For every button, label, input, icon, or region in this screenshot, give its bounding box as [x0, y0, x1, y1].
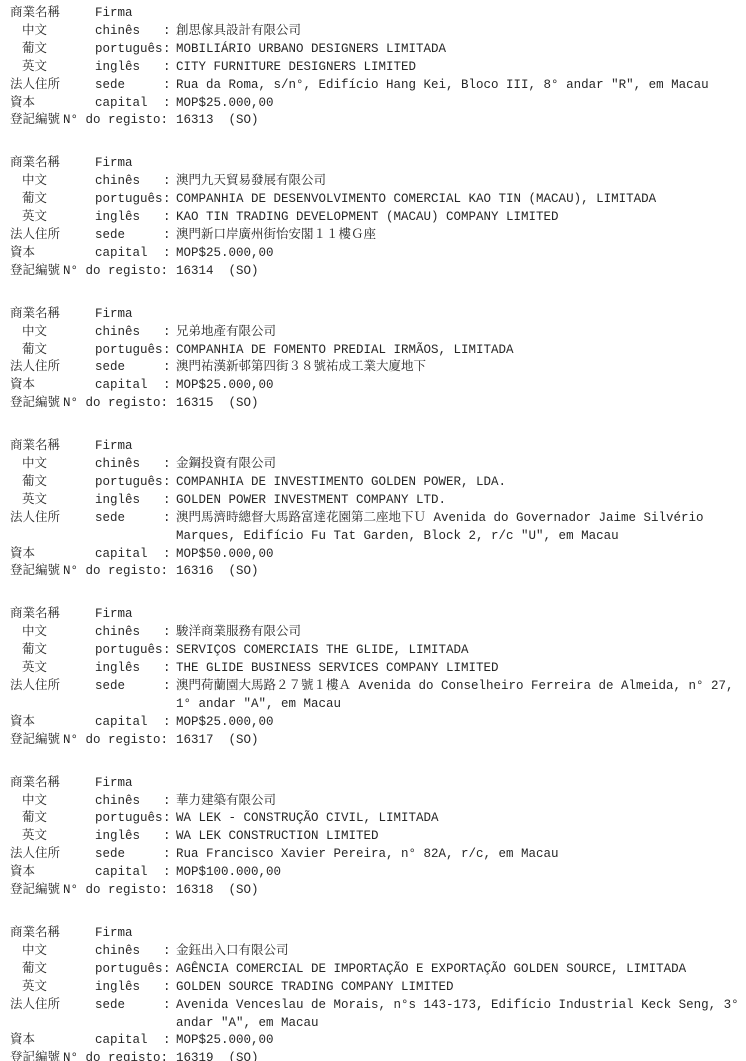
capital-label-cn: 資本: [10, 245, 95, 263]
registry-entry: 商業名稱 Firma 中文 chinês : 創思傢具設計有限公司 葡文 por…: [10, 5, 746, 130]
english-label-pt: inglês: [95, 979, 163, 997]
company-name-english: WA LEK CONSTRUCTION LIMITED: [176, 829, 379, 843]
address-line: Rua da Roma, s/n°, Edifício Hang Kei, Bl…: [176, 77, 746, 95]
portuguese-name-value-cell: : WA LEK - CONSTRUÇÃO CIVIL, LIMITADA: [163, 810, 746, 828]
firma-label-chinese: 商業名稱: [10, 925, 95, 943]
colon-separator: :: [163, 979, 171, 997]
english-label-cn: 英文: [10, 828, 95, 846]
colon-separator: :: [163, 23, 171, 41]
capital-amount: MOP$25.000,00: [176, 96, 274, 110]
portuguese-label-cn: 葡文: [10, 642, 95, 660]
registo-label-pt: N° do registo:: [63, 732, 169, 750]
portuguese-name-value-cell: : COMPANHIA DE DESENVOLVIMENTO COMERCIAL…: [163, 191, 746, 209]
registo-label-cn: 登記編號: [10, 732, 63, 750]
capital-row: 資本 capital : MOP$25.000,00: [10, 1032, 746, 1050]
company-name-portuguese: COMPANHIA DE FOMENTO PREDIAL IRMÃOS, LIM…: [176, 343, 514, 357]
company-name-english: THE GLIDE BUSINESS SERVICES COMPANY LIMI…: [176, 661, 499, 675]
capital-label-pt: capital: [95, 864, 163, 882]
company-name-header-row: 商業名稱 Firma: [10, 155, 746, 173]
colon-separator: :: [163, 209, 171, 227]
colon-separator: :: [163, 997, 171, 1015]
colon-separator: :: [163, 191, 171, 209]
colon-separator: :: [163, 660, 171, 678]
portuguese-name-row: 葡文 português : AGÊNCIA COMERCIAL DE IMPO…: [10, 961, 746, 979]
chinese-label-pt: chinês: [95, 173, 163, 191]
capital-row: 資本 capital : MOP$25.000,00: [10, 377, 746, 395]
portuguese-label-pt: português: [95, 474, 163, 492]
firma-label-portuguese: Firma: [95, 155, 163, 173]
sede-label-cn: 法人住所: [10, 846, 95, 864]
company-name-portuguese: COMPANHIA DE INVESTIMENTO GOLDEN POWER, …: [176, 475, 506, 489]
registo-suffix: (SO): [229, 1050, 259, 1061]
chinese-name-row: 中文 chinês : 駿洋商業服務有限公司: [10, 624, 746, 642]
registo-number: 16316: [176, 563, 214, 581]
english-label-cn: 英文: [10, 660, 95, 678]
capital-label-cn: 資本: [10, 95, 95, 113]
registered-address-cell: : 澳門馬濟時總督大馬路富達花園第二座地下Ｕ Avenida do Govern…: [163, 510, 746, 546]
english-label-pt: inglês: [95, 59, 163, 77]
colon-separator: :: [163, 828, 171, 846]
capital-label-pt: capital: [95, 546, 163, 564]
english-name-row: 英文 inglês : GOLDEN POWER INVESTMENT COMP…: [10, 492, 746, 510]
sede-label-cn: 法人住所: [10, 510, 95, 528]
registo-suffix: (SO): [229, 395, 259, 413]
sede-label-pt: sede: [95, 997, 163, 1015]
capital-value-cell: : MOP$25.000,00: [163, 95, 746, 113]
company-name-chinese: 駿洋商業服務有限公司: [176, 625, 301, 639]
portuguese-label-cn: 葡文: [10, 810, 95, 828]
chinese-name-row: 中文 chinês : 金鋼投資有限公司: [10, 456, 746, 474]
registo-suffix: (SO): [229, 882, 259, 900]
registo-number: 16317: [176, 732, 214, 750]
address-line: andar "A", em Macau: [176, 1015, 746, 1033]
colon-separator: :: [163, 342, 171, 360]
company-name-header-row: 商業名稱 Firma: [10, 606, 746, 624]
portuguese-name-row: 葡文 português : SERVIÇOS COMERCIAIS THE G…: [10, 642, 746, 660]
company-name-portuguese: WA LEK - CONSTRUÇÃO CIVIL, LIMITADA: [176, 811, 439, 825]
registo-label-cn: 登記編號: [10, 263, 63, 281]
colon-separator: :: [163, 961, 171, 979]
sede-row: 法人住所 sede : Avenida Venceslau de Morais,…: [10, 997, 746, 1033]
registered-address-cell: : 澳門新口岸廣州街怡安閣１１樓Ｇ座: [163, 227, 746, 245]
capital-value-cell: : MOP$25.000,00: [163, 1032, 746, 1050]
sede-label-pt: sede: [95, 678, 163, 696]
registo-row: 登記編號 N° do registo: 16313 (SO): [10, 112, 746, 130]
company-name-portuguese: MOBILIÁRIO URBANO DESIGNERS LIMITADA: [176, 42, 446, 56]
portuguese-label-pt: português: [95, 961, 163, 979]
registo-suffix: (SO): [229, 112, 259, 130]
capital-label-cn: 資本: [10, 714, 95, 732]
colon-separator: :: [163, 943, 171, 961]
sede-row: 法人住所 sede : 澳門祐漢新邨第四街３８號祐成工業大廈地下: [10, 359, 746, 377]
capital-amount: MOP$25.000,00: [176, 715, 274, 729]
chinese-label-cn: 中文: [10, 624, 95, 642]
registered-address-cell: : Rua da Roma, s/n°, Edifício Hang Kei, …: [163, 77, 746, 95]
portuguese-label-pt: português: [95, 191, 163, 209]
capital-label-pt: capital: [95, 245, 163, 263]
capital-row: 資本 capital : MOP$50.000,00: [10, 546, 746, 564]
capital-amount: MOP$25.000,00: [176, 246, 274, 260]
capital-amount: MOP$25.000,00: [176, 1033, 274, 1047]
capital-label-cn: 資本: [10, 546, 95, 564]
english-label-cn: 英文: [10, 209, 95, 227]
chinese-name-value-cell: : 兄弟地產有限公司: [163, 324, 746, 342]
colon-separator: :: [163, 714, 171, 732]
registry-entry: 商業名稱 Firma 中文 chinês : 金鋼投資有限公司 葡文 portu…: [10, 438, 746, 581]
english-label-cn: 英文: [10, 979, 95, 997]
firma-label-portuguese: Firma: [95, 5, 163, 23]
colon-separator: :: [163, 624, 171, 642]
english-name-value-cell: : GOLDEN SOURCE TRADING COMPANY LIMITED: [163, 979, 746, 997]
chinese-name-row: 中文 chinês : 澳門九天貿易發展有限公司: [10, 173, 746, 191]
capital-label-cn: 資本: [10, 864, 95, 882]
sede-label-pt: sede: [95, 359, 163, 377]
firma-label-chinese: 商業名稱: [10, 306, 95, 324]
company-name-chinese: 華力建築有限公司: [176, 794, 276, 808]
english-name-value-cell: : GOLDEN POWER INVESTMENT COMPANY LTD.: [163, 492, 746, 510]
chinese-name-value-cell: : 創思傢具設計有限公司: [163, 23, 746, 41]
colon-separator: :: [163, 245, 171, 263]
capital-label-cn: 資本: [10, 377, 95, 395]
registo-number: 16319: [176, 1050, 214, 1061]
english-label-pt: inglês: [95, 209, 163, 227]
capital-row: 資本 capital : MOP$25.000,00: [10, 95, 746, 113]
portuguese-name-value-cell: : SERVIÇOS COMERCIAIS THE GLIDE, LIMITAD…: [163, 642, 746, 660]
registo-suffix: (SO): [229, 732, 259, 750]
sede-label-pt: sede: [95, 510, 163, 528]
registered-address: 澳門荷蘭園大馬路２７號１樓Ａ Avenida do Conselheiro Fe…: [176, 678, 746, 714]
company-name-header-row: 商業名稱 Firma: [10, 5, 746, 23]
chinese-label-pt: chinês: [95, 23, 163, 41]
portuguese-name-value-cell: : COMPANHIA DE FOMENTO PREDIAL IRMÃOS, L…: [163, 342, 746, 360]
registered-address-cell: : Avenida Venceslau de Morais, n°s 143-1…: [163, 997, 746, 1033]
colon-separator: :: [163, 1032, 171, 1050]
company-name-header-row: 商業名稱 Firma: [10, 925, 746, 943]
address-line: 1° andar "A", em Macau: [176, 696, 746, 714]
registo-number: 16315: [176, 395, 214, 413]
english-label-cn: 英文: [10, 492, 95, 510]
company-name-chinese: 金鋼投資有限公司: [176, 457, 276, 471]
chinese-label-cn: 中文: [10, 943, 95, 961]
company-name-english: GOLDEN SOURCE TRADING COMPANY LIMITED: [176, 980, 454, 994]
registo-row: 登記編號 N° do registo: 16316 (SO): [10, 563, 746, 581]
company-name-chinese: 金鈺出入口有限公司: [176, 944, 289, 958]
english-name-value-cell: : WA LEK CONSTRUCTION LIMITED: [163, 828, 746, 846]
registo-number: 16318: [176, 882, 214, 900]
english-name-value-cell: : THE GLIDE BUSINESS SERVICES COMPANY LI…: [163, 660, 746, 678]
registo-number: 16313: [176, 112, 214, 130]
capital-amount: MOP$25.000,00: [176, 378, 274, 392]
registered-address: 澳門祐漢新邨第四街３８號祐成工業大廈地下: [176, 359, 746, 377]
portuguese-label-pt: português: [95, 642, 163, 660]
chinese-label-pt: chinês: [95, 943, 163, 961]
capital-amount: MOP$50.000,00: [176, 547, 274, 561]
registo-label-pt: N° do registo:: [63, 563, 169, 581]
colon-separator: :: [163, 642, 171, 660]
firma-label-portuguese: Firma: [95, 438, 163, 456]
registered-address-cell: : Rua Francisco Xavier Pereira, n° 82A, …: [163, 846, 746, 864]
english-label-pt: inglês: [95, 492, 163, 510]
registered-address: Rua Francisco Xavier Pereira, n° 82A, r/…: [176, 846, 746, 864]
registo-row: 登記編號 N° do registo: 16314 (SO): [10, 263, 746, 281]
address-line: 澳門荷蘭園大馬路２７號１樓Ａ Avenida do Conselheiro Fe…: [176, 678, 746, 696]
registo-row: 登記編號 N° do registo: 16319 (SO): [10, 1050, 746, 1061]
sede-label-pt: sede: [95, 846, 163, 864]
portuguese-name-value-cell: : AGÊNCIA COMERCIAL DE IMPORTAÇÃO E EXPO…: [163, 961, 746, 979]
english-name-value-cell: : KAO TIN TRADING DEVELOPMENT (MACAU) CO…: [163, 209, 746, 227]
company-name-header-row: 商業名稱 Firma: [10, 306, 746, 324]
registo-number: 16314: [176, 263, 214, 281]
chinese-name-row: 中文 chinês : 創思傢具設計有限公司: [10, 23, 746, 41]
colon-separator: :: [163, 324, 171, 342]
portuguese-name-row: 葡文 português : WA LEK - CONSTRUÇÃO CIVIL…: [10, 810, 746, 828]
company-name-chinese: 創思傢具設計有限公司: [176, 24, 301, 38]
colon-separator: :: [163, 810, 171, 828]
address-line: Avenida Venceslau de Morais, n°s 143-173…: [176, 997, 746, 1015]
chinese-name-row: 中文 chinês : 兄弟地產有限公司: [10, 324, 746, 342]
colon-separator: :: [163, 846, 171, 864]
capital-row: 資本 capital : MOP$25.000,00: [10, 714, 746, 732]
portuguese-name-row: 葡文 português : COMPANHIA DE INVESTIMENTO…: [10, 474, 746, 492]
sede-label-pt: sede: [95, 227, 163, 245]
company-name-header-row: 商業名稱 Firma: [10, 438, 746, 456]
colon-separator: :: [163, 678, 171, 696]
sede-row: 法人住所 sede : 澳門荷蘭園大馬路２７號１樓Ａ Avenida do Co…: [10, 678, 746, 714]
colon-separator: :: [163, 793, 171, 811]
colon-separator: :: [163, 59, 171, 77]
capital-label-pt: capital: [95, 714, 163, 732]
registered-address: 澳門新口岸廣州街怡安閣１１樓Ｇ座: [176, 227, 746, 245]
registo-label-pt: N° do registo:: [63, 882, 169, 900]
company-name-english: CITY FURNITURE DESIGNERS LIMITED: [176, 60, 416, 74]
registo-suffix: (SO): [229, 263, 259, 281]
address-line: 澳門祐漢新邨第四街３８號祐成工業大廈地下: [176, 359, 746, 377]
registo-label-cn: 登記編號: [10, 112, 63, 130]
chinese-label-cn: 中文: [10, 456, 95, 474]
registered-address-cell: : 澳門荷蘭園大馬路２７號１樓Ａ Avenida do Conselheiro …: [163, 678, 746, 714]
capital-label-cn: 資本: [10, 1032, 95, 1050]
english-name-row: 英文 inglês : CITY FURNITURE DESIGNERS LIM…: [10, 59, 746, 77]
registered-address: Avenida Venceslau de Morais, n°s 143-173…: [176, 997, 746, 1033]
firma-label-chinese: 商業名稱: [10, 438, 95, 456]
sede-label-cn: 法人住所: [10, 678, 95, 696]
capital-value-cell: : MOP$50.000,00: [163, 546, 746, 564]
sede-label-cn: 法人住所: [10, 227, 95, 245]
chinese-label-cn: 中文: [10, 173, 95, 191]
colon-separator: :: [163, 41, 171, 59]
company-name-chinese: 兄弟地產有限公司: [176, 325, 276, 339]
chinese-name-value-cell: : 駿洋商業服務有限公司: [163, 624, 746, 642]
sede-row: 法人住所 sede : Rua Francisco Xavier Pereira…: [10, 846, 746, 864]
chinese-label-cn: 中文: [10, 793, 95, 811]
registo-row: 登記編號 N° do registo: 16315 (SO): [10, 395, 746, 413]
portuguese-name-row: 葡文 português : COMPANHIA DE FOMENTO PRED…: [10, 342, 746, 360]
colon-separator: :: [163, 474, 171, 492]
colon-separator: :: [163, 377, 171, 395]
capital-label-pt: capital: [95, 95, 163, 113]
registo-suffix: (SO): [229, 563, 259, 581]
portuguese-label-cn: 葡文: [10, 961, 95, 979]
english-label-pt: inglês: [95, 828, 163, 846]
company-name-english: KAO TIN TRADING DEVELOPMENT (MACAU) COMP…: [176, 210, 559, 224]
firma-label-portuguese: Firma: [95, 775, 163, 793]
capital-label-pt: capital: [95, 1032, 163, 1050]
portuguese-label-pt: português: [95, 41, 163, 59]
chinese-label-pt: chinês: [95, 793, 163, 811]
registo-label-pt: N° do registo:: [63, 263, 169, 281]
portuguese-label-cn: 葡文: [10, 474, 95, 492]
chinese-label-cn: 中文: [10, 324, 95, 342]
chinese-label-cn: 中文: [10, 23, 95, 41]
address-line: 澳門馬濟時總督大馬路富達花園第二座地下Ｕ Avenida do Governad…: [176, 510, 746, 528]
colon-separator: :: [163, 546, 171, 564]
english-label-pt: inglês: [95, 660, 163, 678]
company-name-header-row: 商業名稱 Firma: [10, 775, 746, 793]
sede-row: 法人住所 sede : Rua da Roma, s/n°, Edifício …: [10, 77, 746, 95]
capital-row: 資本 capital : MOP$100.000,00: [10, 864, 746, 882]
firma-label-portuguese: Firma: [95, 925, 163, 943]
capital-label-pt: capital: [95, 377, 163, 395]
portuguese-name-value-cell: : MOBILIÁRIO URBANO DESIGNERS LIMITADA: [163, 41, 746, 59]
registo-label-cn: 登記編號: [10, 563, 63, 581]
portuguese-label-pt: português: [95, 342, 163, 360]
registo-label-cn: 登記編號: [10, 882, 63, 900]
address-line: Rua Francisco Xavier Pereira, n° 82A, r/…: [176, 846, 746, 864]
english-name-row: 英文 inglês : THE GLIDE BUSINESS SERVICES …: [10, 660, 746, 678]
chinese-label-pt: chinês: [95, 456, 163, 474]
sede-row: 法人住所 sede : 澳門新口岸廣州街怡安閣１１樓Ｇ座: [10, 227, 746, 245]
chinese-name-value-cell: : 澳門九天貿易發展有限公司: [163, 173, 746, 191]
portuguese-label-cn: 葡文: [10, 191, 95, 209]
company-name-portuguese: SERVIÇOS COMERCIAIS THE GLIDE, LIMITADA: [176, 643, 469, 657]
registry-entry: 商業名稱 Firma 中文 chinês : 華力建築有限公司 葡文 portu…: [10, 775, 746, 900]
company-name-portuguese: AGÊNCIA COMERCIAL DE IMPORTAÇÃO E EXPORT…: [176, 962, 686, 976]
company-name-chinese: 澳門九天貿易發展有限公司: [176, 174, 326, 188]
portuguese-label-cn: 葡文: [10, 41, 95, 59]
firma-label-portuguese: Firma: [95, 306, 163, 324]
chinese-name-row: 中文 chinês : 金鈺出入口有限公司: [10, 943, 746, 961]
chinese-name-value-cell: : 金鈺出入口有限公司: [163, 943, 746, 961]
capital-value-cell: : MOP$25.000,00: [163, 245, 746, 263]
capital-value-cell: : MOP$25.000,00: [163, 377, 746, 395]
firma-label-chinese: 商業名稱: [10, 775, 95, 793]
chinese-name-row: 中文 chinês : 華力建築有限公司: [10, 793, 746, 811]
firma-label-chinese: 商業名稱: [10, 155, 95, 173]
registered-address: 澳門馬濟時總督大馬路富達花園第二座地下Ｕ Avenida do Governad…: [176, 510, 746, 546]
english-name-row: 英文 inglês : WA LEK CONSTRUCTION LIMITED: [10, 828, 746, 846]
sede-label-cn: 法人住所: [10, 77, 95, 95]
colon-separator: :: [163, 95, 171, 113]
sede-label-cn: 法人住所: [10, 997, 95, 1015]
english-name-value-cell: : CITY FURNITURE DESIGNERS LIMITED: [163, 59, 746, 77]
company-name-english: GOLDEN POWER INVESTMENT COMPANY LTD.: [176, 493, 446, 507]
chinese-label-pt: chinês: [95, 624, 163, 642]
portuguese-label-pt: português: [95, 810, 163, 828]
sede-label-pt: sede: [95, 77, 163, 95]
colon-separator: :: [163, 359, 171, 377]
firma-label-portuguese: Firma: [95, 606, 163, 624]
chinese-name-value-cell: : 金鋼投資有限公司: [163, 456, 746, 474]
capital-value-cell: : MOP$25.000,00: [163, 714, 746, 732]
registered-address-cell: : 澳門祐漢新邨第四街３８號祐成工業大廈地下: [163, 359, 746, 377]
capital-amount: MOP$100.000,00: [176, 865, 281, 879]
portuguese-name-value-cell: : COMPANHIA DE INVESTIMENTO GOLDEN POWER…: [163, 474, 746, 492]
firma-label-chinese: 商業名稱: [10, 606, 95, 624]
registered-address: Rua da Roma, s/n°, Edifício Hang Kei, Bl…: [176, 77, 746, 95]
portuguese-name-row: 葡文 português : MOBILIÁRIO URBANO DESIGNE…: [10, 41, 746, 59]
colon-separator: :: [163, 77, 171, 95]
registo-row: 登記編號 N° do registo: 16317 (SO): [10, 732, 746, 750]
colon-separator: :: [163, 864, 171, 882]
address-line: Marques, Edifício Fu Tat Garden, Block 2…: [176, 528, 746, 546]
registo-label-cn: 登記編號: [10, 395, 63, 413]
capital-value-cell: : MOP$100.000,00: [163, 864, 746, 882]
registo-label-pt: N° do registo:: [63, 395, 169, 413]
sede-row: 法人住所 sede : 澳門馬濟時總督大馬路富達花園第二座地下Ｕ Avenida…: [10, 510, 746, 546]
registry-page: 商業名稱 Firma 中文 chinês : 創思傢具設計有限公司 葡文 por…: [0, 0, 746, 1061]
chinese-label-pt: chinês: [95, 324, 163, 342]
portuguese-name-row: 葡文 português : COMPANHIA DE DESENVOLVIME…: [10, 191, 746, 209]
colon-separator: :: [163, 456, 171, 474]
registo-label-cn: 登記編號: [10, 1050, 63, 1061]
english-label-cn: 英文: [10, 59, 95, 77]
firma-label-chinese: 商業名稱: [10, 5, 95, 23]
registry-entry: 商業名稱 Firma 中文 chinês : 兄弟地產有限公司 葡文 portu…: [10, 306, 746, 413]
registo-label-pt: N° do registo:: [63, 112, 169, 130]
address-line: 澳門新口岸廣州街怡安閣１１樓Ｇ座: [176, 227, 746, 245]
company-name-portuguese: COMPANHIA DE DESENVOLVIMENTO COMERCIAL K…: [176, 192, 656, 206]
colon-separator: :: [163, 492, 171, 510]
portuguese-label-cn: 葡文: [10, 342, 95, 360]
colon-separator: :: [163, 510, 171, 528]
registo-label-pt: N° do registo:: [63, 1050, 169, 1061]
chinese-name-value-cell: : 華力建築有限公司: [163, 793, 746, 811]
registo-row: 登記編號 N° do registo: 16318 (SO): [10, 882, 746, 900]
english-name-row: 英文 inglês : GOLDEN SOURCE TRADING COMPAN…: [10, 979, 746, 997]
english-name-row: 英文 inglês : KAO TIN TRADING DEVELOPMENT …: [10, 209, 746, 227]
colon-separator: :: [163, 227, 171, 245]
sede-label-cn: 法人住所: [10, 359, 95, 377]
registry-entry: 商業名稱 Firma 中文 chinês : 金鈺出入口有限公司 葡文 port…: [10, 925, 746, 1061]
capital-row: 資本 capital : MOP$25.000,00: [10, 245, 746, 263]
colon-separator: :: [163, 173, 171, 191]
registry-entry: 商業名稱 Firma 中文 chinês : 駿洋商業服務有限公司 葡文 por…: [10, 606, 746, 749]
registry-entry: 商業名稱 Firma 中文 chinês : 澳門九天貿易發展有限公司 葡文 p…: [10, 155, 746, 280]
